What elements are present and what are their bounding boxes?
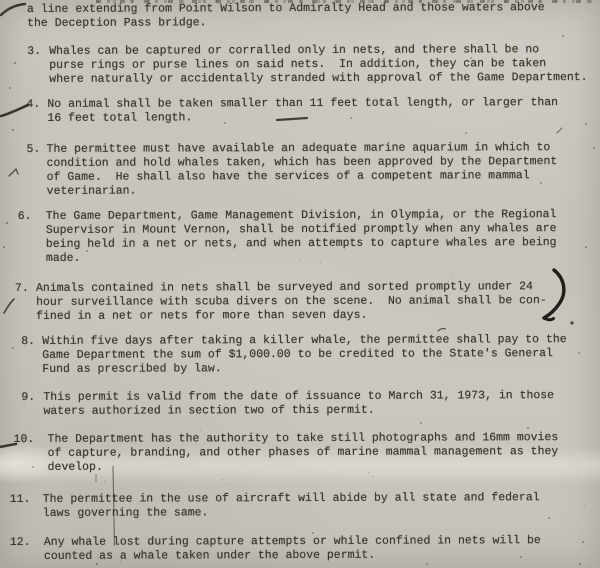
item-line: fined in a net or nets for more than sev… — [36, 308, 600, 324]
item-number: 3. — [27, 45, 41, 59]
item-line: Fund as prescribed by law. — [42, 361, 600, 377]
item-line: hour surveillance with scuba divers on t… — [36, 294, 600, 310]
item-3: 3. Whales can be captured or corralled o… — [0, 43, 599, 87]
scanned-document-page: a line extending from Point Wilson to Ad… — [0, 0, 600, 568]
item-line: counted as a whale taken under the above… — [44, 548, 600, 564]
item-7: 7. Animals contained in nets shall be su… — [0, 280, 600, 324]
item-number: 10. — [14, 433, 35, 447]
item-line: Any whale lost during capture attempts o… — [44, 534, 600, 550]
item-5: 5. The permittee must have available an … — [0, 141, 600, 199]
item-11: 11. The permittee in the use of aircraft… — [1, 491, 600, 521]
item-line: where naturally or accidentally stranded… — [49, 71, 599, 87]
item-line: of Game. He shall also have the services… — [47, 169, 600, 185]
item-number: 6. — [18, 210, 32, 224]
item-line: waters authorized in section two of this… — [43, 403, 600, 419]
item-10: 10. The Department has the authority to … — [1, 431, 600, 475]
intro-continuation-paragraph: a line extending from Point Wilson to Ad… — [27, 1, 545, 31]
item-line: made. — [46, 250, 600, 266]
item-line: This permit is valid from the date of is… — [43, 389, 600, 405]
item-6: 6. The Game Department, Game Management … — [0, 208, 600, 266]
item-number: 11. — [10, 493, 31, 507]
item-number: 12. — [10, 536, 31, 550]
item-number: 4. — [26, 98, 40, 112]
item-line: develop. — [48, 459, 600, 475]
item-number: 7. — [15, 282, 29, 296]
item-line: 16 feet total length. — [47, 110, 599, 126]
item-12: 12. Any whale lost during capture attemp… — [1, 534, 600, 564]
item-line: of capture, branding, and other phases o… — [48, 445, 600, 461]
item-8: 8. Within five days after taking a kille… — [0, 333, 600, 377]
typewritten-text: a line extending from Point Wilson to Ad… — [0, 0, 600, 568]
item-4: 4. No animal shall be taken smaller than… — [0, 96, 599, 126]
item-line: laws governing the same. — [43, 505, 600, 521]
item-line: Game Department the sum of $1,000.00 to … — [42, 347, 600, 363]
item-number: 9. — [21, 391, 35, 405]
intro-line: the Deception Pass bridge. — [27, 15, 545, 31]
item-line: The permittee in the use of aircraft wil… — [43, 491, 600, 507]
intro-line: a line extending from Point Wilson to Ad… — [27, 1, 545, 17]
item-line: being held in a net or nets, and when at… — [46, 236, 600, 252]
item-number: 8. — [21, 335, 35, 349]
item-number: 5. — [27, 143, 41, 157]
item-9: 9. This permit is valid from the date of… — [0, 389, 600, 419]
item-line: veterinarian. — [47, 183, 600, 199]
item-line: No animal shall be taken smaller than 11… — [47, 96, 599, 112]
